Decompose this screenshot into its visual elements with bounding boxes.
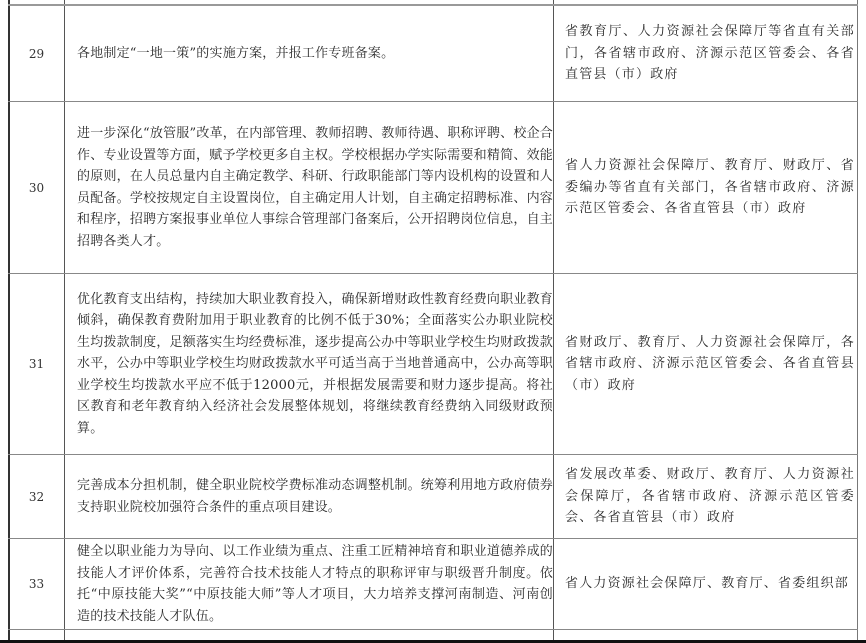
responsible-cell: 省发展改革委、财政厅、教育厅、人力资源社会保障厅，各省辖市政府、济源示范区管委会… <box>562 455 857 538</box>
task-text: 完善成本分担机制，健全职业院校学费标准动态调整机制。统筹利用地方政府债券支持职业… <box>77 475 553 518</box>
responsible-cell: 省财政厅、教育厅、人力资源社会保障厅，各省辖市政府、济源示范区管委会、各省直管县… <box>562 274 857 454</box>
task-cell: 完善成本分担机制，健全职业院校学费标准动态调整机制。统筹利用地方政府债券支持职业… <box>73 455 553 538</box>
table-row: 32 完善成本分担机制，健全职业院校学费标准动态调整机制。统筹利用地方政府债券支… <box>9 455 857 538</box>
row-number: 32 <box>9 455 64 538</box>
table-row: 29 各地制定“一地一策”的实施方案，并报工作专班备案。 省教育厅、人力资源社会… <box>9 6 857 101</box>
responsible-text: 省人力资源社会保障厅、教育厅、省委组织部 <box>565 573 855 595</box>
table-border-right <box>857 0 858 643</box>
task-cell: 进一步深化“放管服”改革，在内部管理、教师招聘、教师待遇、职称评聘、校企合作、专… <box>73 102 553 273</box>
responsible-text: 省发展改革委、财政厅、教育厅、人力资源社会保障厅，各省辖市政府、济源示范区管委会… <box>565 464 855 529</box>
row-divider <box>8 629 858 630</box>
task-cell: 健全以职业能力为导向、以工作业绩为重点、注重工匠精神培育和职业道德养成的技能人才… <box>73 539 553 629</box>
row-number: 31 <box>9 274 64 454</box>
row-number: 30 <box>9 102 64 273</box>
responsible-cell: 省人力资源社会保障厅、教育厅、省委组织部 <box>562 539 857 629</box>
responsible-text: 省教育厅、人力资源社会保障厅等省直有关部门，各省辖市政府、济源示范区管委会、各省… <box>565 21 855 86</box>
responsible-text: 省人力资源社会保障厅、教育厅、财政厅、省委编办等省直有关部门，各省辖市政府、济源… <box>565 155 855 220</box>
task-text: 各地制定“一地一策”的实施方案，并报工作专班备案。 <box>77 43 553 65</box>
task-text: 优化教育支出结构，持续加大职业教育投入，确保新增财政性教育经费向职业教育倾斜，确… <box>77 289 553 440</box>
table-row: 33 健全以职业能力为导向、以工作业绩为重点、注重工匠精神培育和职业道德养成的技… <box>9 539 857 629</box>
table-row: 30 进一步深化“放管服”改革，在内部管理、教师招聘、教师待遇、职称评聘、校企合… <box>9 102 857 273</box>
responsible-cell: 省教育厅、人力资源社会保障厅等省直有关部门，各省辖市政府、济源示范区管委会、各省… <box>562 6 857 101</box>
row-number: 29 <box>9 6 64 101</box>
task-text: 进一步深化“放管服”改革，在内部管理、教师招聘、教师待遇、职称评聘、校企合作、专… <box>77 123 553 252</box>
task-cell: 各地制定“一地一策”的实施方案，并报工作专班备案。 <box>73 6 553 101</box>
responsible-text: 省财政厅、教育厅、人力资源社会保障厅，各省辖市政府、济源示范区管委会、各省直管县… <box>565 332 855 397</box>
responsible-cell: 省人力资源社会保障厅、教育厅、财政厅、省委编办等省直有关部门，各省辖市政府、济源… <box>562 102 857 273</box>
row-number: 33 <box>9 539 64 629</box>
task-text: 健全以职业能力为导向、以工作业绩为重点、注重工匠精神培育和职业道德养成的技能人才… <box>77 541 553 627</box>
table-row: 31 优化教育支出结构，持续加大职业教育投入，确保新增财政性教育经费向职业教育倾… <box>9 274 857 454</box>
task-cell: 优化教育支出结构，持续加大职业教育投入，确保新增财政性教育经费向职业教育倾斜，确… <box>73 274 553 454</box>
document-page: 29 各地制定“一地一策”的实施方案，并报工作专班备案。 省教育厅、人力资源社会… <box>0 0 866 643</box>
